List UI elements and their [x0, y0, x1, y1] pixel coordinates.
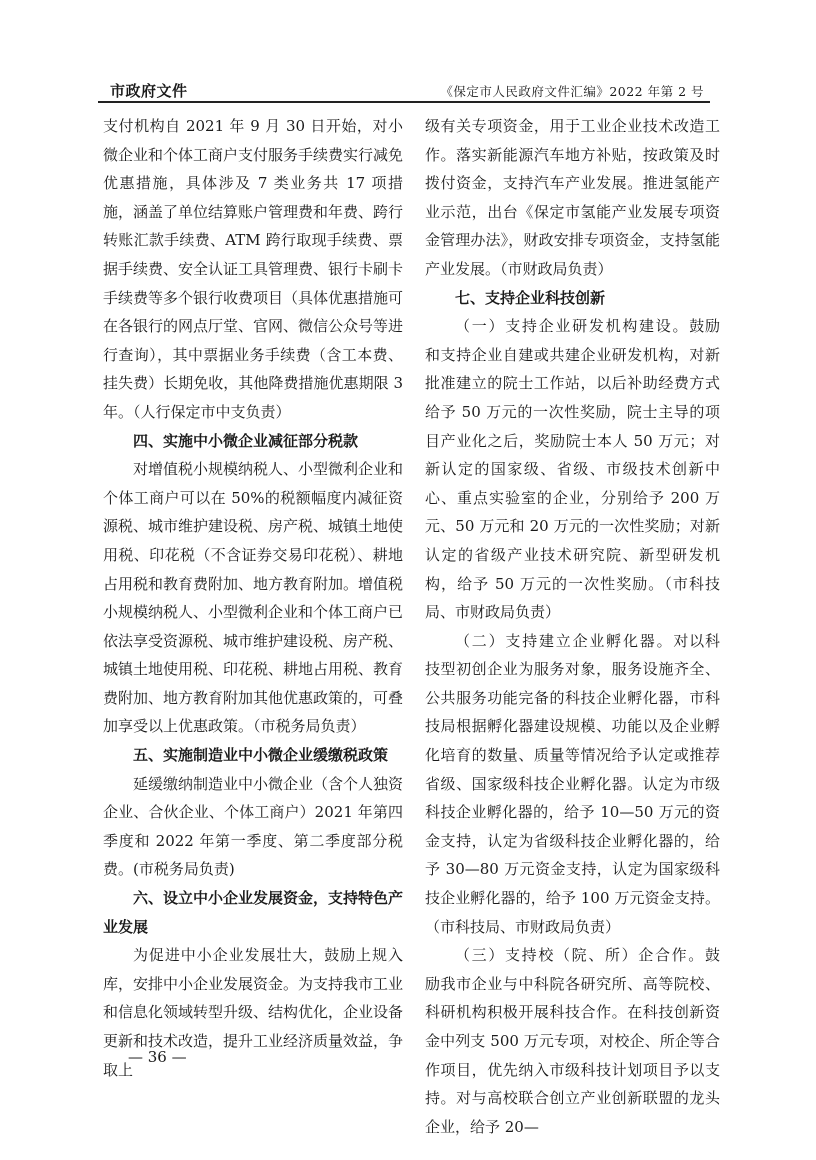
subsection-2-lead: （二）支持建立企业孵化器。 [455, 632, 673, 650]
subsection-1-lead: （一）支持企业研发机构建设。 [455, 317, 689, 335]
subsection-3: （三）支持校（院、所）企合作。鼓励我市企业与中科院各研究所、高等院校、科研机构积… [425, 941, 720, 1141]
publication-title: 《保定市人民政府文件汇编》2022 年第 2 号 [440, 82, 704, 100]
subsection-3-body: 鼓励我市企业与中科院各研究所、高等院校、科研机构积极开展科技合作。在科技创新资金… [425, 946, 720, 1136]
subsection-3-lead: （三）支持校（院、所）企合作。 [455, 946, 705, 964]
paragraph-6-continued: 级有关专项资金，用于工业企业技术改造工作。落实新能源汽车地方补贴，按政策及时拨付… [425, 112, 720, 284]
subsection-1: （一）支持企业研发机构建设。鼓励和支持企业自建或共建企业研发机构，对新批准建立的… [425, 312, 720, 627]
right-column: 级有关专项资金，用于工业企业技术改造工作。落实新能源汽车地方补贴，按政策及时拨付… [425, 112, 720, 1141]
paragraph-4: 对增值税小规模纳税人、小型微利企业和个体工商户可以在 50%的税额幅度内减征资源… [103, 455, 403, 741]
section-heading-6: 六、设立中小企业发展资金，支持特色产业发展 [103, 884, 403, 941]
header-rule [98, 101, 710, 103]
subsection-2-body: 对以科技型初创企业为服务对象，服务设施齐全、公共服务功能完备的科技企业孵化器，市… [425, 632, 720, 936]
left-column: 支付机构自 2021 年 9 月 30 日开始，对小微企业和个体工商户支付服务手… [103, 112, 403, 1084]
section-heading-5: 五、实施制造业中小微企业缓缴税政策 [103, 741, 403, 770]
section-heading-7: 七、支持企业科技创新 [425, 284, 720, 313]
page-number: — 36 — [128, 1048, 187, 1066]
subsection-2: （二）支持建立企业孵化器。对以科技型初创企业为服务对象，服务设施齐全、公共服务功… [425, 627, 720, 942]
section-heading-4: 四、实施中小微企业减征部分税款 [103, 427, 403, 456]
paragraph-5: 延缓缴纳制造业中小微企业（含个人独资企业、合伙企业、个体工商户）2021 年第四… [103, 770, 403, 884]
paragraph-continued: 支付机构自 2021 年 9 月 30 日开始，对小微企业和个体工商户支付服务手… [103, 112, 403, 427]
subsection-1-body: 鼓励和支持企业自建或共建企业研发机构，对新批准建立的院士工作站，以后补助经费方式… [425, 317, 720, 621]
section-label: 市政府文件 [110, 80, 188, 101]
